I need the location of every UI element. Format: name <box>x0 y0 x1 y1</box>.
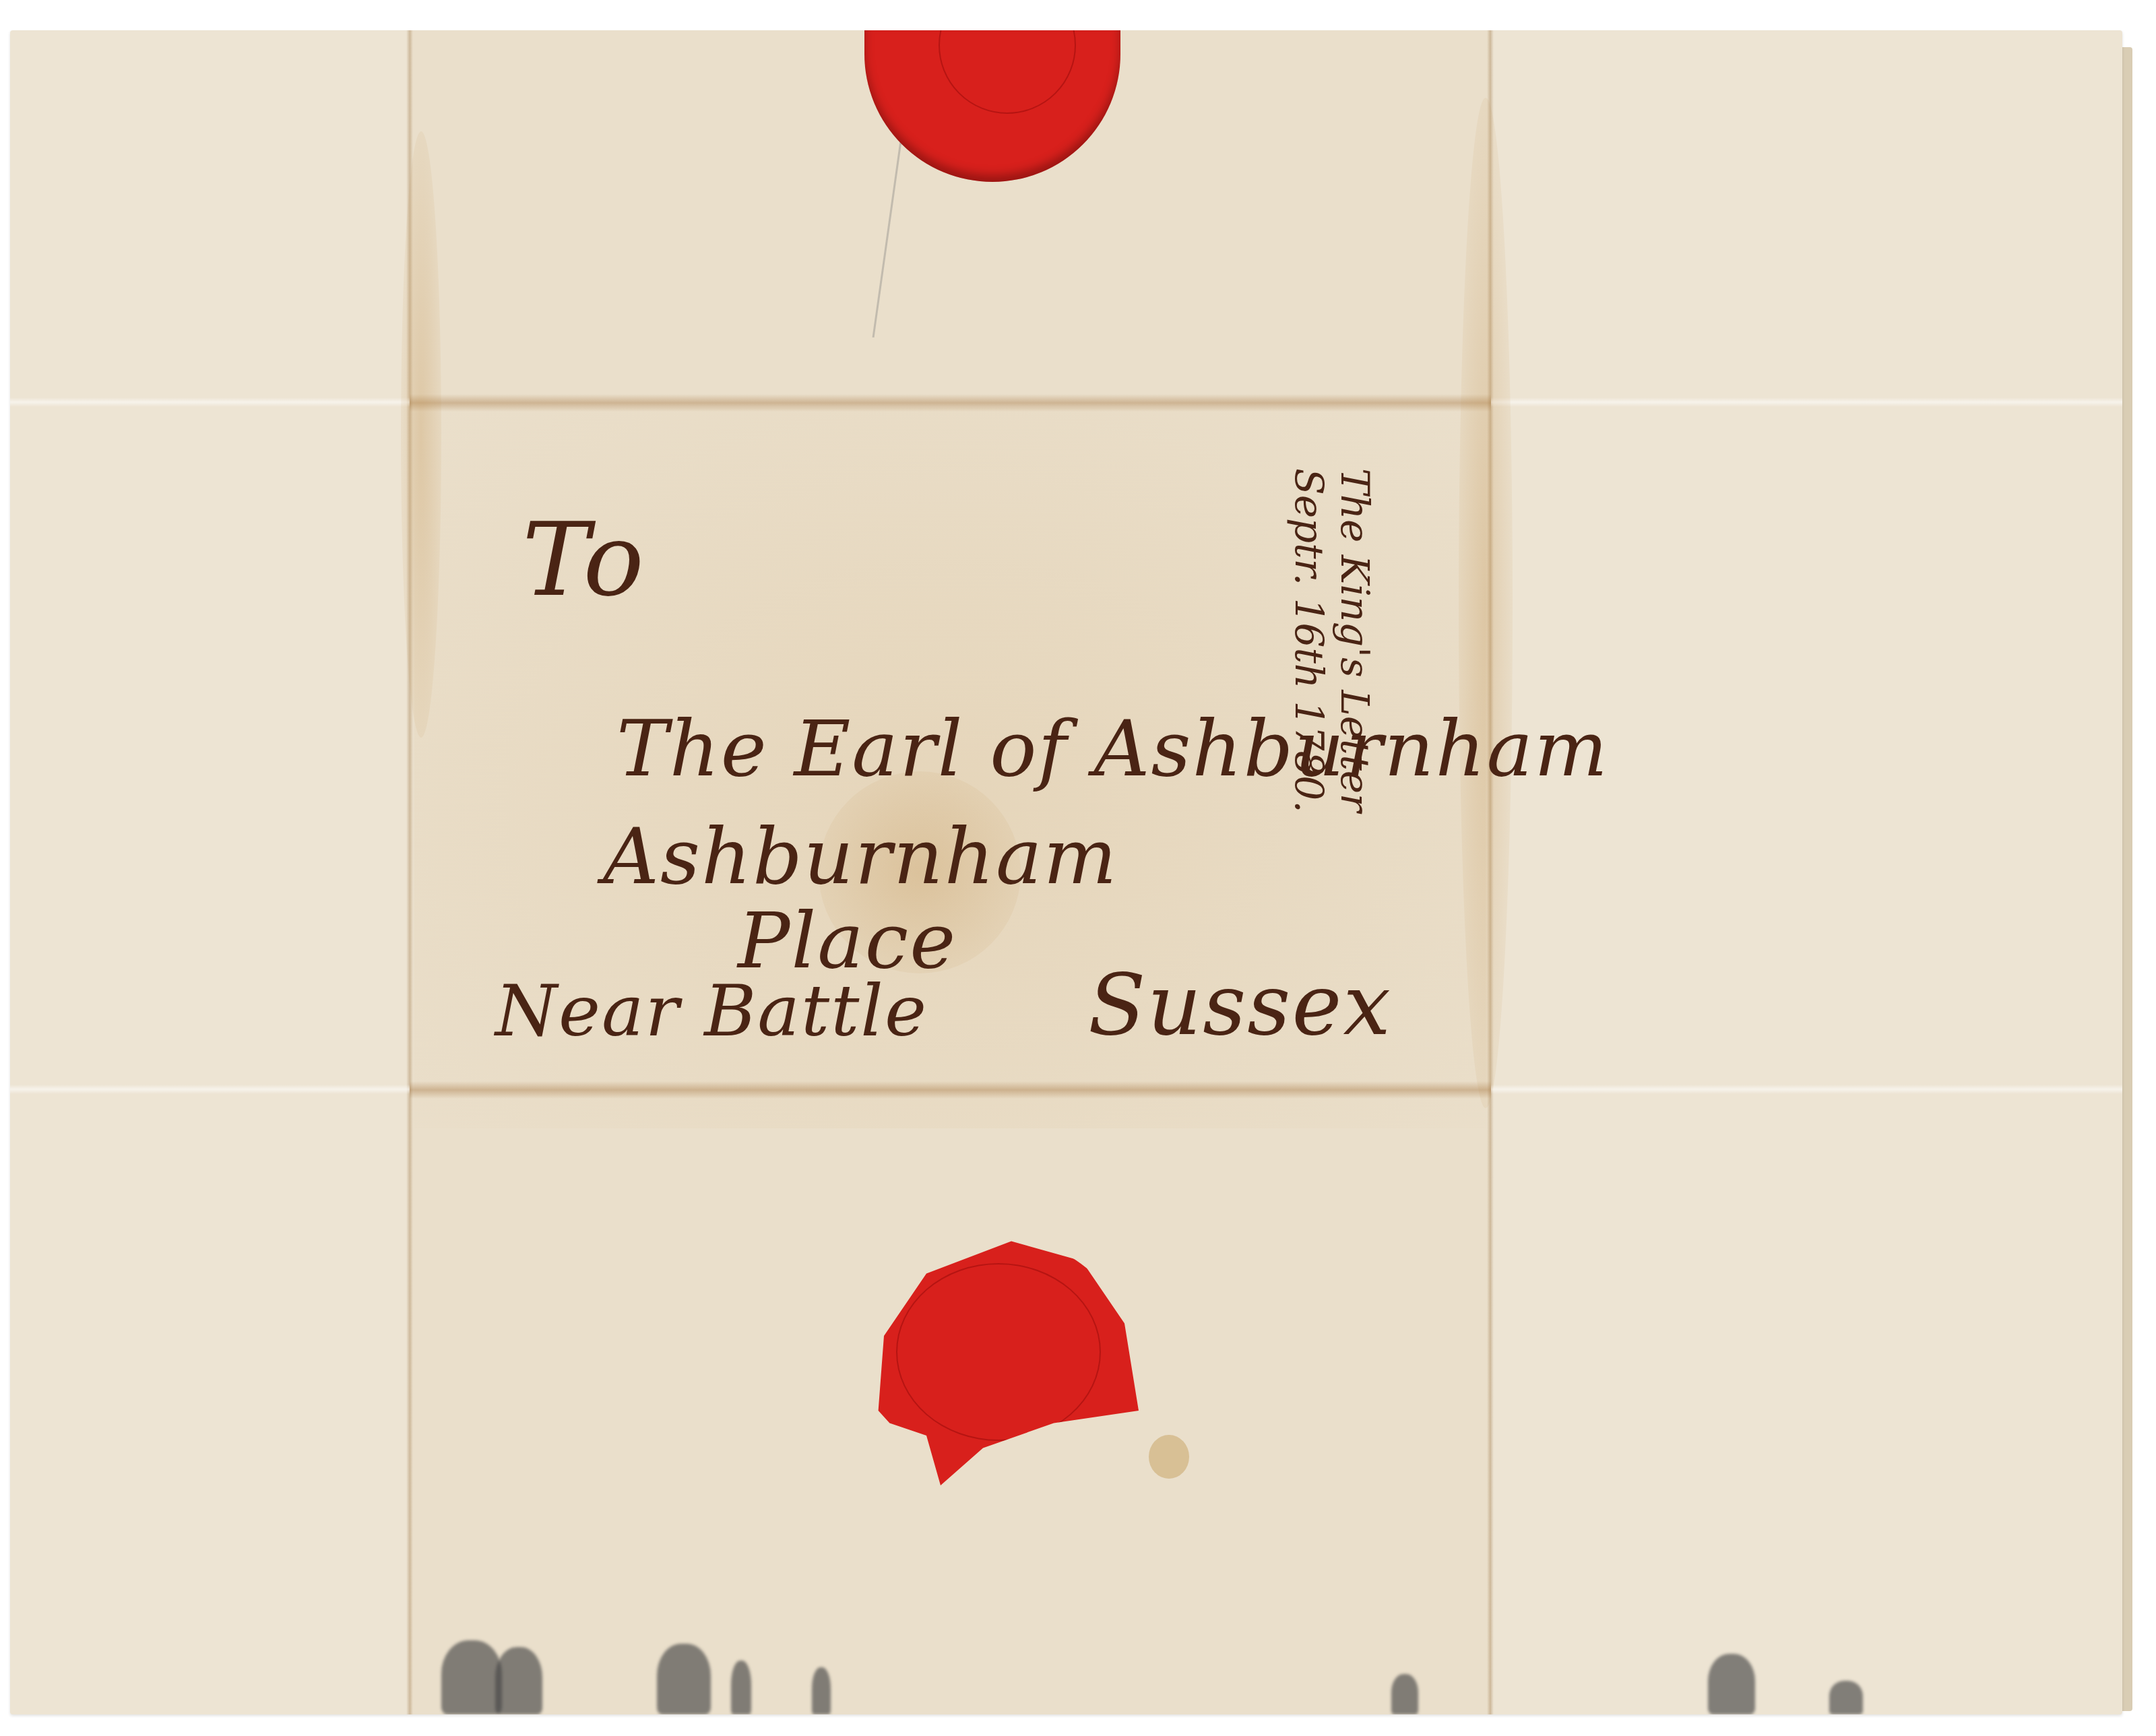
horizontal-fold-lower <box>410 1081 1491 1099</box>
address-estate: Ashburnham <box>603 812 1118 902</box>
soot-mark <box>657 1644 711 1714</box>
soot-mark <box>731 1661 751 1714</box>
address-town: Near Battle <box>495 970 928 1052</box>
seal-emboss <box>939 30 1076 114</box>
soot-mark <box>1829 1681 1863 1714</box>
docket-line-2: Septr. 16th 1780. <box>1286 468 1332 813</box>
crease-right-upper <box>1491 397 2122 407</box>
soot-mark <box>441 1640 502 1714</box>
crease-left-upper <box>10 397 410 407</box>
fold-stain <box>1459 98 1513 1108</box>
address-salutation: To <box>522 502 645 619</box>
seal-emboss <box>896 1263 1101 1441</box>
address-recipient: The Earl of Ashburnham <box>616 704 1609 794</box>
soot-mark <box>812 1667 831 1714</box>
crease-right-lower <box>1491 1085 2122 1094</box>
docket-line-1: The King's Letter <box>1332 468 1378 813</box>
docket-note: The King's Letter Septr. 16th 1780. <box>1286 468 1378 813</box>
soot-mark <box>1391 1674 1418 1714</box>
soot-mark <box>1708 1654 1755 1714</box>
stain-spot <box>1149 1435 1189 1479</box>
horizontal-fold-upper <box>410 394 1491 412</box>
letter-sheet: To The Earl of Ashburnham Ashburnham Pla… <box>10 30 2122 1714</box>
address-county: Sussex <box>1088 957 1392 1054</box>
soot-mark <box>495 1647 542 1714</box>
fold-stain <box>401 131 441 738</box>
crease-left-lower <box>10 1085 410 1094</box>
